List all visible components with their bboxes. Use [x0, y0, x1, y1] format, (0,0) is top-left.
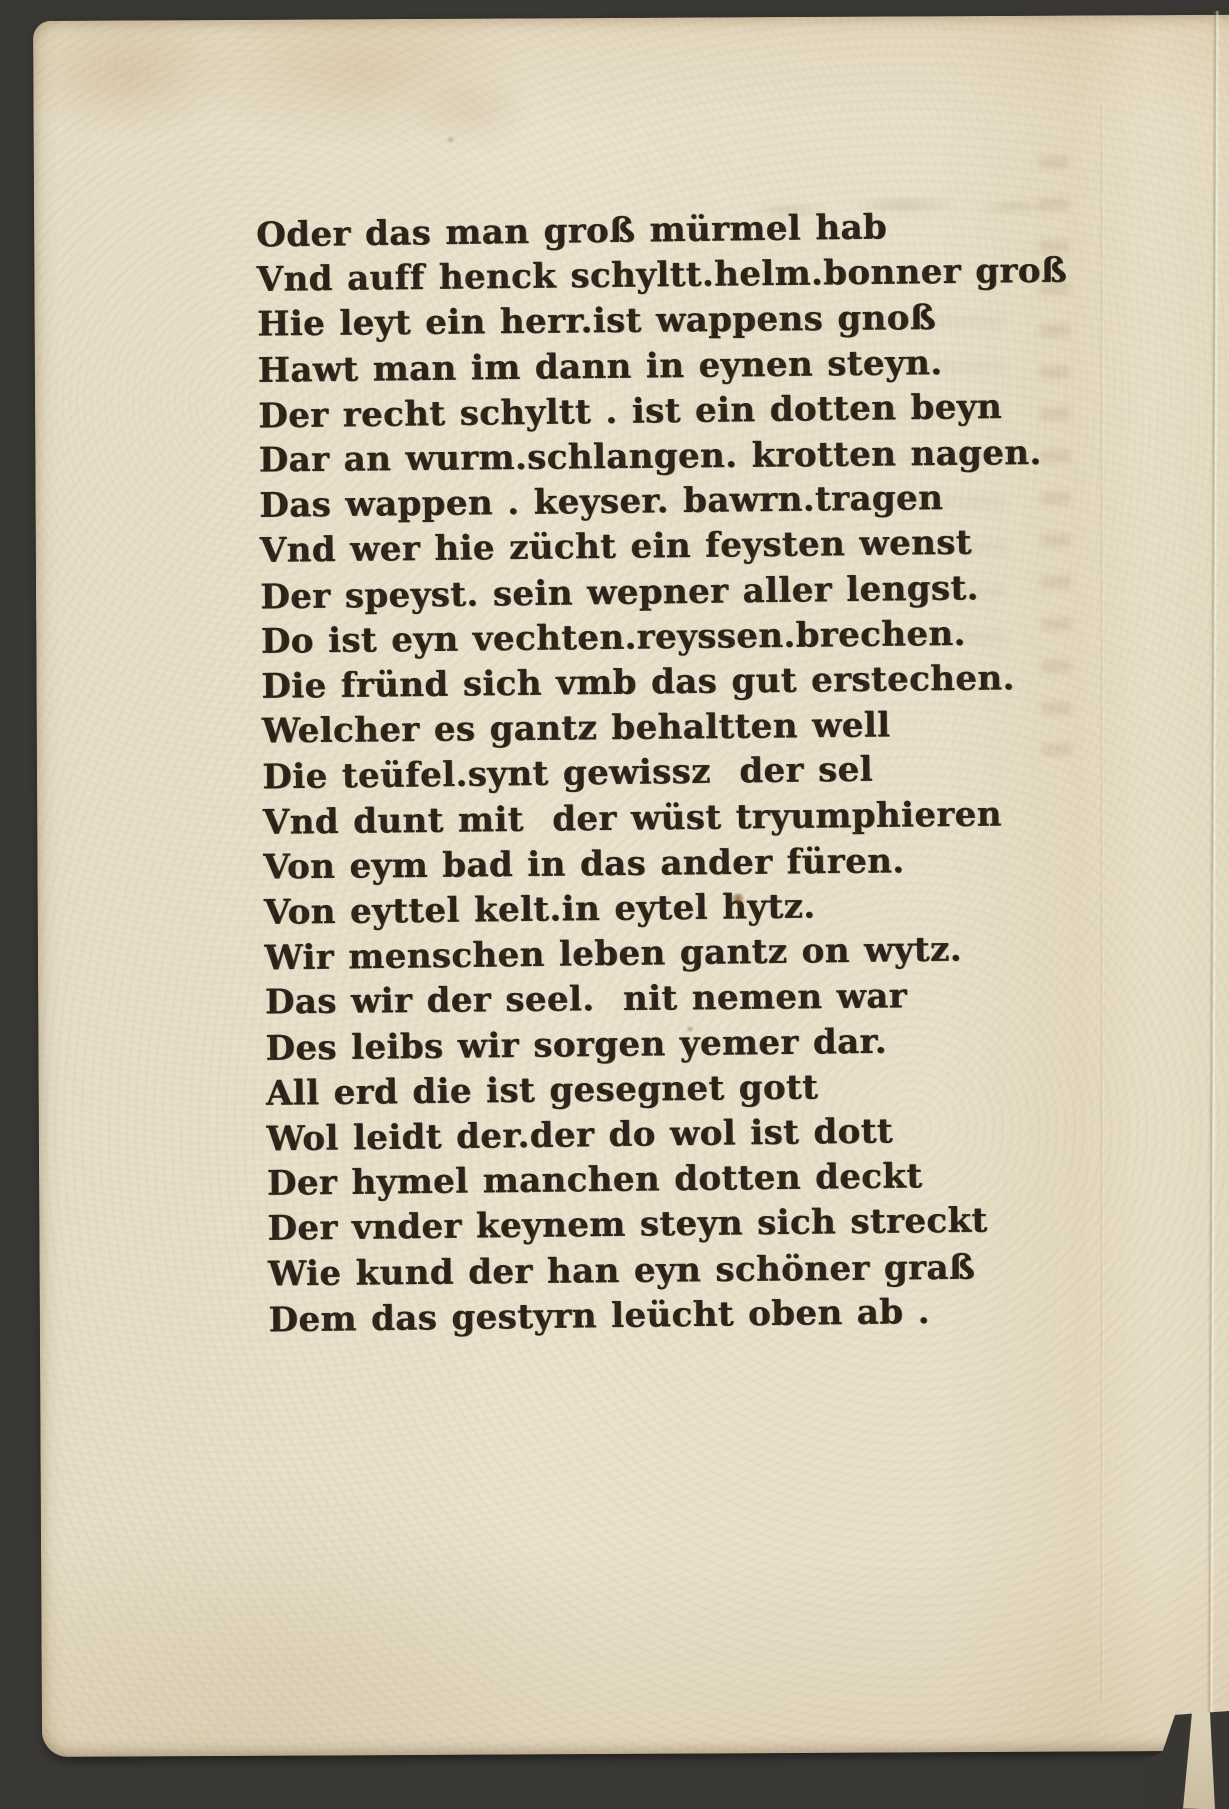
foxing-stain: [686, 1026, 694, 1033]
poem-text-block: Oder das man groß mürmel hab Vnd auff he…: [256, 203, 1129, 1343]
poem-line: Von eym bad in das ander füren.: [263, 837, 1123, 890]
poem-line: Hie leyt ein herr.ist wappens gnoß: [257, 295, 1117, 348]
page-fold-crease: [1206, 11, 1219, 1764]
book-page: Oder das man groß mürmel hab Vnd auff he…: [33, 15, 1229, 1757]
poem-line: Das wir der seel. nit nemen war: [265, 973, 1125, 1026]
scan-background: { "colors": { "scan_background": "#3a383…: [0, 0, 1229, 1809]
foxing-stain: [732, 893, 745, 903]
page-crease: [1100, 105, 1105, 1702]
poem-line: Der vnder keynem steyn sich streckt: [267, 1197, 1127, 1252]
foxing-stain: [446, 137, 456, 143]
poem-line: Dar an wurm.schlangen. krotten nagen.: [259, 430, 1119, 483]
